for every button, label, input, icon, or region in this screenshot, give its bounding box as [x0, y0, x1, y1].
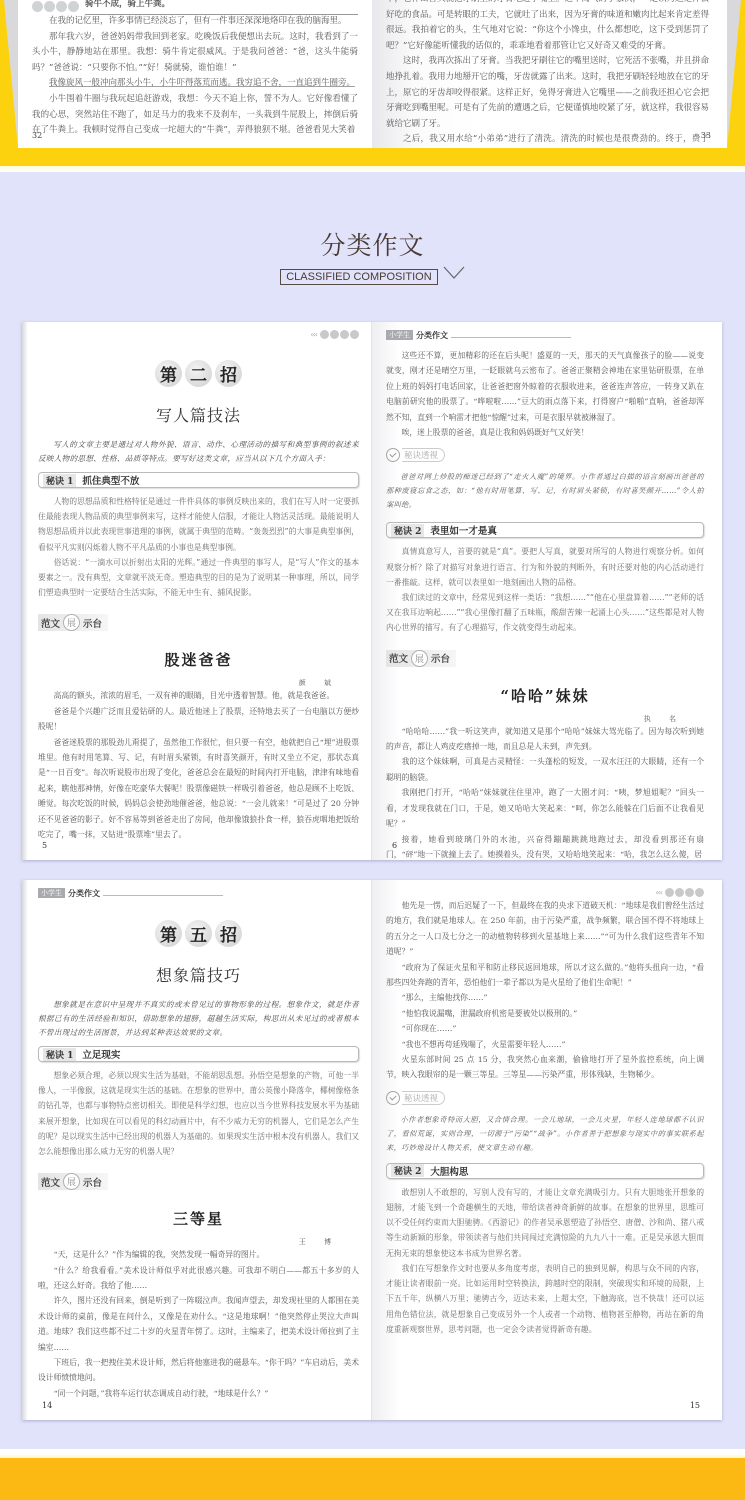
chevron-down-icon [443, 266, 465, 280]
paragraph: 小牛围着牛圈与我玩起追赶游戏，我想：今天不追上你，誓不为人。它好像看懂了我的心思… [32, 92, 358, 139]
badge-dot-icon [340, 330, 349, 339]
paragraph: “我也不想再苟延残喘了，火星需要年轻人……” [386, 1037, 704, 1052]
chapter-char: 二 [185, 360, 212, 387]
paragraph: “哈哈哈……”我一听这笑声，就知道又是那个“哈哈”妹妹大驾光临了。因为每次听到她… [386, 724, 704, 755]
essay-title: “哈哈”妹妹 [386, 685, 704, 706]
showcase-circle-icon: 展 [63, 1173, 80, 1190]
book-page-33: 下，它伸出舌头就把牙刷上的牙膏吃进了嘴里。这个淘气的小家伙，一定以为这是什么好吃… [372, 0, 727, 148]
magnifier-icon [386, 1091, 400, 1105]
showcase-label: 范文 展 示台 [386, 650, 456, 667]
page-number: 6 [392, 841, 397, 850]
insight-label: 秘诀透视 [386, 1089, 704, 1107]
paragraph: 真情真意写人，首要的就是“真”。要把人写真，就要对所写的人物进行观察分析。如何观… [386, 544, 704, 590]
book-series-tag: 小学生 [386, 330, 413, 340]
page-number: 15 [690, 1401, 700, 1410]
insight-text: 秘诀透视 [402, 448, 445, 462]
paragraph: 高高的额头，浓浓的眉毛，一双有神的眼睛，目光中透着智慧。他，就是我爸爸。 [38, 688, 359, 703]
tip-title: 立足现实 [82, 1047, 120, 1061]
badge-dot-icon [665, 888, 674, 897]
arrows-icon: ‹‹‹ [310, 330, 317, 339]
page-number: 33 [701, 128, 711, 144]
paragraph: 接着，她看到玻璃门外的水池，兴奋得蹦蹦跳跳地跑过去，却没看到那还有扇门，“砰”地… [386, 832, 704, 861]
divider [451, 332, 571, 338]
tip-box: 秘诀 1 抓住典型不放 [38, 472, 359, 488]
paragraph: 许久，图片还没有回来，倒是听到了一阵啜泣声。我闻声望去，却发现社里的人都围在美术… [38, 1293, 359, 1355]
essay-title: 三等星 [38, 1208, 359, 1229]
paragraph: 唉，迷上股票的爸爸，真是让我和妈妈既好气又好笑！ [386, 425, 704, 440]
showcase-text: 范文 [41, 616, 60, 630]
chapter-char: 五 [185, 920, 212, 947]
commentary: 爸爸对网上炒股的痴迷已经到了“走火入魔”的境界。小作者通过白描的语言刻画出爸爸的… [386, 470, 704, 512]
series-mark: ‹‹‹ [386, 886, 704, 898]
paragraph: 俗话说：“一滴水可以折射出太阳的光辉。”通过一件典型的事写人，是“写人”作文的基… [38, 555, 359, 601]
paragraph: 他先是一愣，而后迟疑了一下，但最终在我的央求下道破天机：“地球是我们曾经生活过的… [386, 898, 704, 960]
essay-author: 王 博 [38, 1237, 359, 1247]
paragraph: 下班后，我一把拽住美术设计师，然后将他塞进我的磁悬车。“你干吗？”车启动后，美术… [38, 1355, 359, 1386]
paragraph: 这些还不算，更加精彩的还在后头呢！盛夏的一天，那天的天气真像孩子的脸——说变就变… [386, 348, 704, 425]
divider [0, 166, 745, 172]
chapter-char: 招 [215, 360, 242, 387]
page-number: 5 [42, 841, 47, 850]
paragraph: 这时，我再次拣出了牙膏。当我把牙刷往它的嘴里送时，它死活不张嘴，并且拼命地挣扎着… [386, 54, 709, 132]
chapter-label: 第 五 招 [38, 920, 359, 947]
book-page-6: 小学生 分类作文 这些还不算，更加精彩的还在后头呢！盛夏的一天，那天的天气真像孩… [372, 322, 722, 860]
book-spread-top: 骑牛不成，骑上牛粪。 在我的记忆里，许多事情已经淡忘了，但有一件事还深深地烙印在… [18, 0, 727, 148]
paragraph: 之后，我又用水给“小弟弟”进行了清洗。清洗的时候也是很费劲的。终于，费了九 [386, 132, 709, 148]
page-number: 32 [32, 128, 42, 144]
book-page-14: 小学生 分类作文 第 五 招 想象篇技巧 想象就是在意识中呈现并不真实的或未曾见… [22, 880, 372, 1420]
showcase-circle-icon: 展 [411, 650, 428, 667]
paragraph: 我们在写想象作文时也要从多角度考虑，表明自己的独到见解，构思与众不同的内容，才能… [386, 1261, 704, 1337]
paragraph: 我刚把门打开，“哈哈”妹妹就往住里冲，跑了一大圈才问：“咦，梦旭姐呢？”回头一看… [386, 785, 704, 831]
book-name: 分类作文 [416, 330, 448, 341]
paragraph: “那么，主编他找你……” [386, 990, 704, 1005]
essay-author: 颜 斌 [38, 678, 359, 688]
book-page-5: ‹‹‹ 第 二 招 写人篇技法 写人的文章主要是通过对人物外貌、语言、动作、心理… [22, 322, 372, 860]
paragraph: “什么？给我看看。”美术设计师似乎对此很感兴趣。可我却不明白——都五十多岁的人啦… [38, 1263, 359, 1294]
paragraph: 爸爸是个兴趣广泛而且爱钻研的人。最近他迷上了股票，还特地去买了一台电脑以方便炒股… [38, 704, 359, 735]
top-banner: 骑牛不成，骑上牛粪。 在我的记忆里，许多事情已经淡忘了，但有一件事还深深地烙印在… [0, 0, 745, 172]
paragraph: “同一个问题，”我将车运行状态调成自动行驶，“地球是什么？” [38, 1386, 359, 1401]
chapter-char: 招 [215, 920, 242, 947]
commentary: 小作者想象奇特而大胆，又合情合理。一会儿地球，一会儿火星，年轻人连地球都不认识了… [386, 1113, 704, 1155]
insight-text: 秘诀透视 [402, 1091, 445, 1105]
showcase-text: 范文 [389, 651, 408, 665]
paragraph: “政府为了保证火星和平和防止移民返回地球，所以才这么做的。”他将头扭向一边，“看… [386, 960, 704, 991]
showcase-text: 范文 [41, 1175, 60, 1189]
badge-dot-icon [695, 888, 704, 897]
bottom-banner [0, 1458, 745, 1500]
badge-dot-icon [675, 888, 684, 897]
paragraph: 我的这个妹妹啊，可真是古灵精怪：一头蓬松的短发，一双水汪汪的大眼睛，还有一个聪明… [386, 754, 704, 785]
book-header: 小学生 分类作文 [386, 328, 704, 342]
chapter-title: 想象篇技巧 [38, 963, 359, 986]
tip-label: 秘诀 1 [43, 474, 76, 487]
paragraph: 人物的思想品质和性格特征是通过一件件具体的事例反映出来的，我们在写人时一定要抓住… [38, 494, 359, 555]
tip-title: 抓住典型不放 [82, 473, 139, 487]
essay-author: 执 名 [386, 714, 704, 724]
tip-title: 表里如一才是真 [430, 523, 497, 537]
arrows-icon: ‹‹‹ [655, 888, 662, 897]
showcase-text: 示台 [431, 651, 450, 665]
section-title: 分类作文 [0, 226, 745, 262]
book-name: 分类作文 [68, 888, 100, 899]
tip-box: 秘诀 2 大胆构思 [386, 1163, 704, 1179]
insight-label: 秘诀透视 [386, 446, 704, 464]
chapter-char: 第 [155, 360, 182, 387]
book-page-15: ‹‹‹ 他先是一愣，而后迟疑了一下，但最终在我的央求下道破天机：“地球是我们曾经… [372, 880, 722, 1420]
showcase-text: 示台 [83, 616, 102, 630]
story-header: 骑牛不成，骑上牛粪。 [32, 0, 358, 14]
chapter-intro: 写人的文章主要是通过对人物外貌、语言、动作、心理活动的描写和典型事例的叙述来反映… [38, 438, 359, 466]
story-subtitle: 骑牛不成，骑上牛粪。 [85, 0, 358, 15]
paragraph: 那年我六岁，爸爸妈妈带我回到老家。吃晚饭后我便想出去玩。这时，我看到了一头小牛，… [32, 30, 358, 77]
paragraph: 敢想别人不敢想的，写别人没有写的，才能让文章充满吸引力。只有大胆地张开想象的翅膀… [386, 1185, 704, 1261]
tip-label: 秘诀 2 [391, 1164, 424, 1177]
book-series-tag: 小学生 [38, 888, 65, 898]
paragraph: 火星东部时间 25 点 15 分，我突然心血来潮，偷偷地打开了星外监控系统，向上… [386, 1052, 704, 1083]
essay-title: 股迷爸爸 [38, 649, 359, 670]
paragraph: 想象必须合理，必须以现实生活为基础，不能胡思乱想。孙悟空是想象的产物，可他一半像… [38, 1068, 359, 1159]
paragraph: “可你现在……” [386, 1021, 704, 1036]
paragraph: “他怕我说漏嘴，泄漏政府机密是要被处以极刑的。” [386, 1006, 704, 1021]
section-header: 分类作文 CLASSIFIED COMPOSITION [0, 226, 745, 285]
tip-title: 大胆构思 [430, 1164, 468, 1178]
paragraph: 我像旋风一般冲向那头小牛，小牛吓得落荒而逃。我穷追不舍，一直追到牛圈旁。 [32, 76, 358, 92]
chapter-char: 第 [155, 920, 182, 947]
magnifier-icon [386, 448, 400, 462]
paragraph: 在我的记忆里，许多事情已经淡忘了，但有一件事还深深地烙印在我的脑海里。 [32, 14, 358, 30]
chapter-intro: 想象就是在意识中呈现并不真实的或未曾见过的事物形象的过程。想象作文，就是作者根据… [38, 998, 359, 1040]
badge-dot-icon [685, 888, 694, 897]
showcase-label: 范文 展 示台 [38, 1173, 108, 1190]
tip-label: 秘诀 2 [391, 524, 424, 537]
paragraph: 我们读过的文章中，经常见到这样一类话：“我想……”“他在心里盘算着……”“老师的… [386, 590, 704, 636]
series-mark: ‹‹‹ [38, 328, 359, 340]
paragraph: 爸爸迷股票的那股劲儿甭提了，虽然他工作很忙，但只要一有空，他就把自己“埋”进股票… [38, 735, 359, 843]
book-spread-pages-5-6: ‹‹‹ 第 二 招 写人篇技法 写人的文章主要是通过对人物外貌、语言、动作、心理… [22, 322, 722, 860]
showcase-circle-icon: 展 [63, 614, 80, 631]
paragraph: 下，它伸出舌头就把牙刷上的牙膏吃进了嘴里。这个淘气的小家伙，一定以为这是什么好吃… [386, 0, 709, 54]
tip-label: 秘诀 1 [43, 1048, 76, 1061]
showcase-text: 示台 [83, 1175, 102, 1189]
showcase-label: 范文 展 示台 [38, 614, 108, 631]
badge-dot-icon [330, 330, 339, 339]
header-bubbles-icon [32, 1, 79, 12]
book-page-32: 骑牛不成，骑上牛粪。 在我的记忆里，许多事情已经淡忘了，但有一件事还深深地烙印在… [18, 0, 372, 148]
paragraph: “天，这是什么？”作为编辑的我，突然发现一幅奇异的图片。 [38, 1247, 359, 1262]
book-header: 小学生 分类作文 [38, 886, 359, 900]
book-spread-pages-14-15: 小学生 分类作文 第 五 招 想象篇技巧 想象就是在意识中呈现并不真实的或未曾见… [22, 880, 722, 1420]
tip-box: 秘诀 2 表里如一才是真 [386, 522, 704, 538]
badge-dot-icon [350, 330, 359, 339]
chapter-label: 第 二 招 [38, 360, 359, 387]
chapter-title: 写人篇技法 [38, 403, 359, 426]
section-subtitle: CLASSIFIED COMPOSITION [280, 269, 437, 285]
divider [103, 890, 223, 896]
tip-box: 秘诀 1 立足现实 [38, 1046, 359, 1062]
badge-dot-icon [320, 330, 329, 339]
page-number: 14 [42, 1401, 52, 1410]
